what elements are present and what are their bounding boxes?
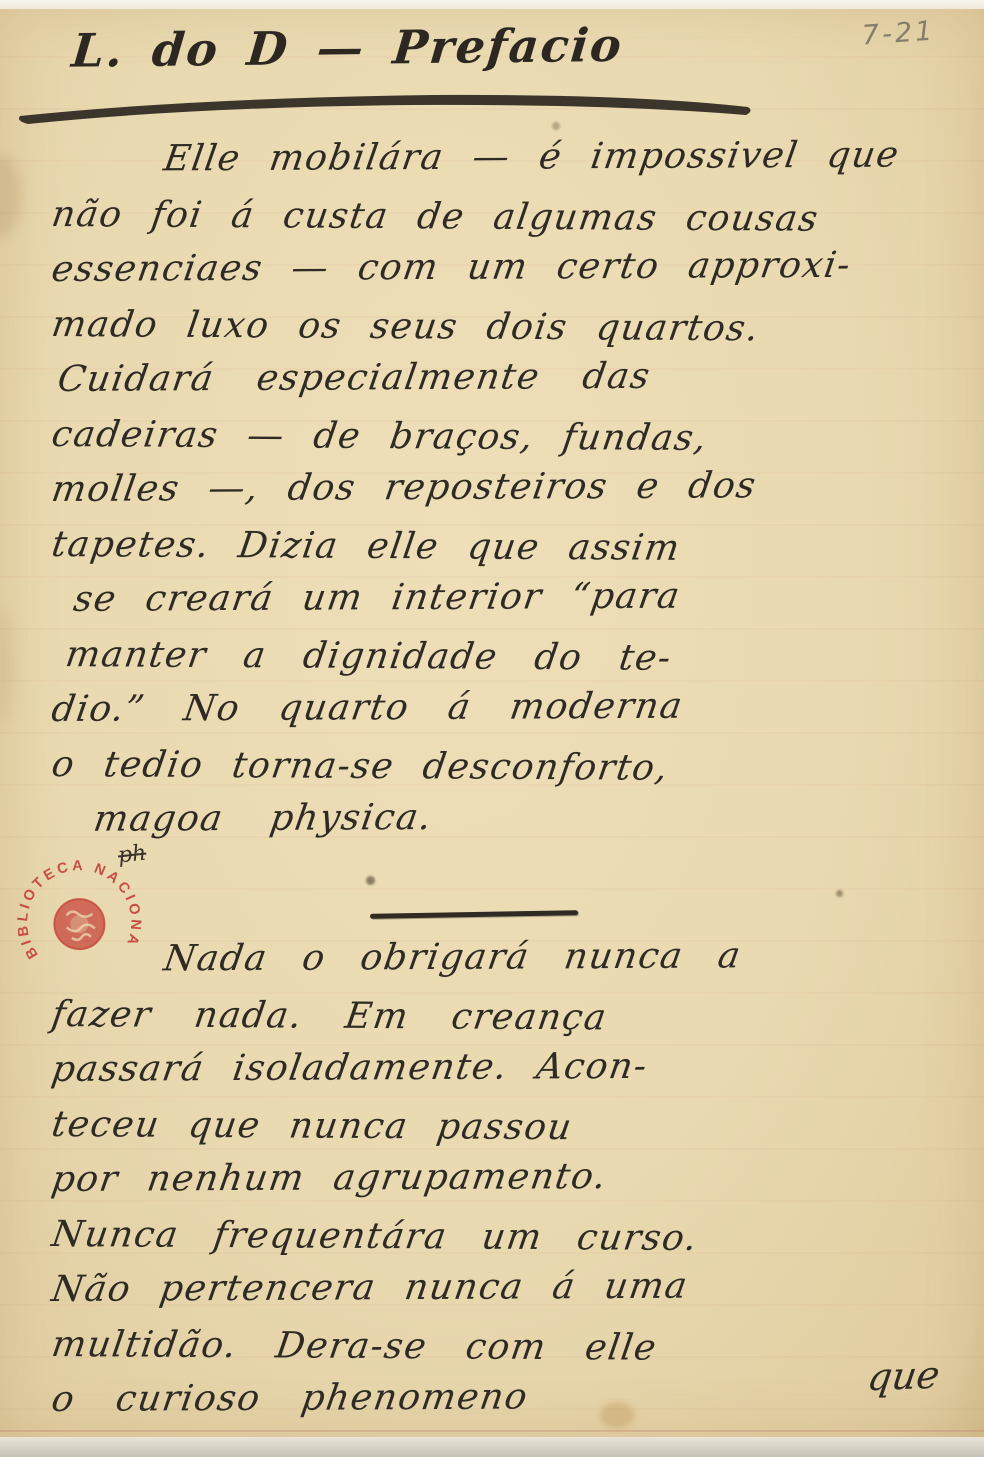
section-divider-stroke (370, 910, 578, 919)
handwritten-line: essenciaes — com um certo approxi- (48, 237, 972, 297)
title-underline-stroke (14, 90, 762, 130)
faint-ruled-line (0, 1430, 984, 1432)
handwritten-line: dio.” No quarto á moderna (48, 677, 972, 737)
paper-stain (0, 156, 22, 236)
scan-edge-top (0, 0, 984, 9)
handwritten-line: por nenhum agrupamento. (48, 1147, 972, 1207)
scan-edge-bottom (0, 1437, 984, 1457)
paragraph-1: Elle mobilára — é impossivel que não foi… (52, 132, 967, 847)
paper-stain (0, 606, 16, 726)
scanned-manuscript-page: 7-21 L. do D — Prefacio Elle mobilára — … (0, 0, 984, 1457)
handwritten-line: molles —, dos reposteiros e dos (48, 457, 972, 517)
pencil-archival-number: 7-21 (861, 15, 936, 51)
handwritten-line: Elle mobilára — é impossivel que (48, 127, 972, 187)
handwritten-line: Cuidará especialmente das (48, 347, 972, 407)
handwritten-line: passará isoladamente. Acon- (48, 1037, 972, 1097)
manuscript-paper: 7-21 L. do D — Prefacio Elle mobilára — … (0, 6, 984, 1438)
handwritten-line: se creará um interior “para (48, 567, 972, 627)
handwritten-line: magoa physica. (48, 787, 972, 847)
paragraph-2: Nada o obrigará nunca a fazer nada. Em c… (52, 932, 967, 1427)
page-title: L. do D — Prefacio (69, 16, 774, 77)
handwritten-line: o curioso phenomeno (48, 1367, 972, 1427)
ink-speck (366, 876, 375, 885)
catchword: que (865, 1353, 943, 1399)
handwritten-line: Não pertencera nunca á uma (48, 1257, 972, 1317)
ink-speck (836, 890, 843, 897)
handwritten-line: Nada o obrigará nunca a (48, 927, 972, 987)
